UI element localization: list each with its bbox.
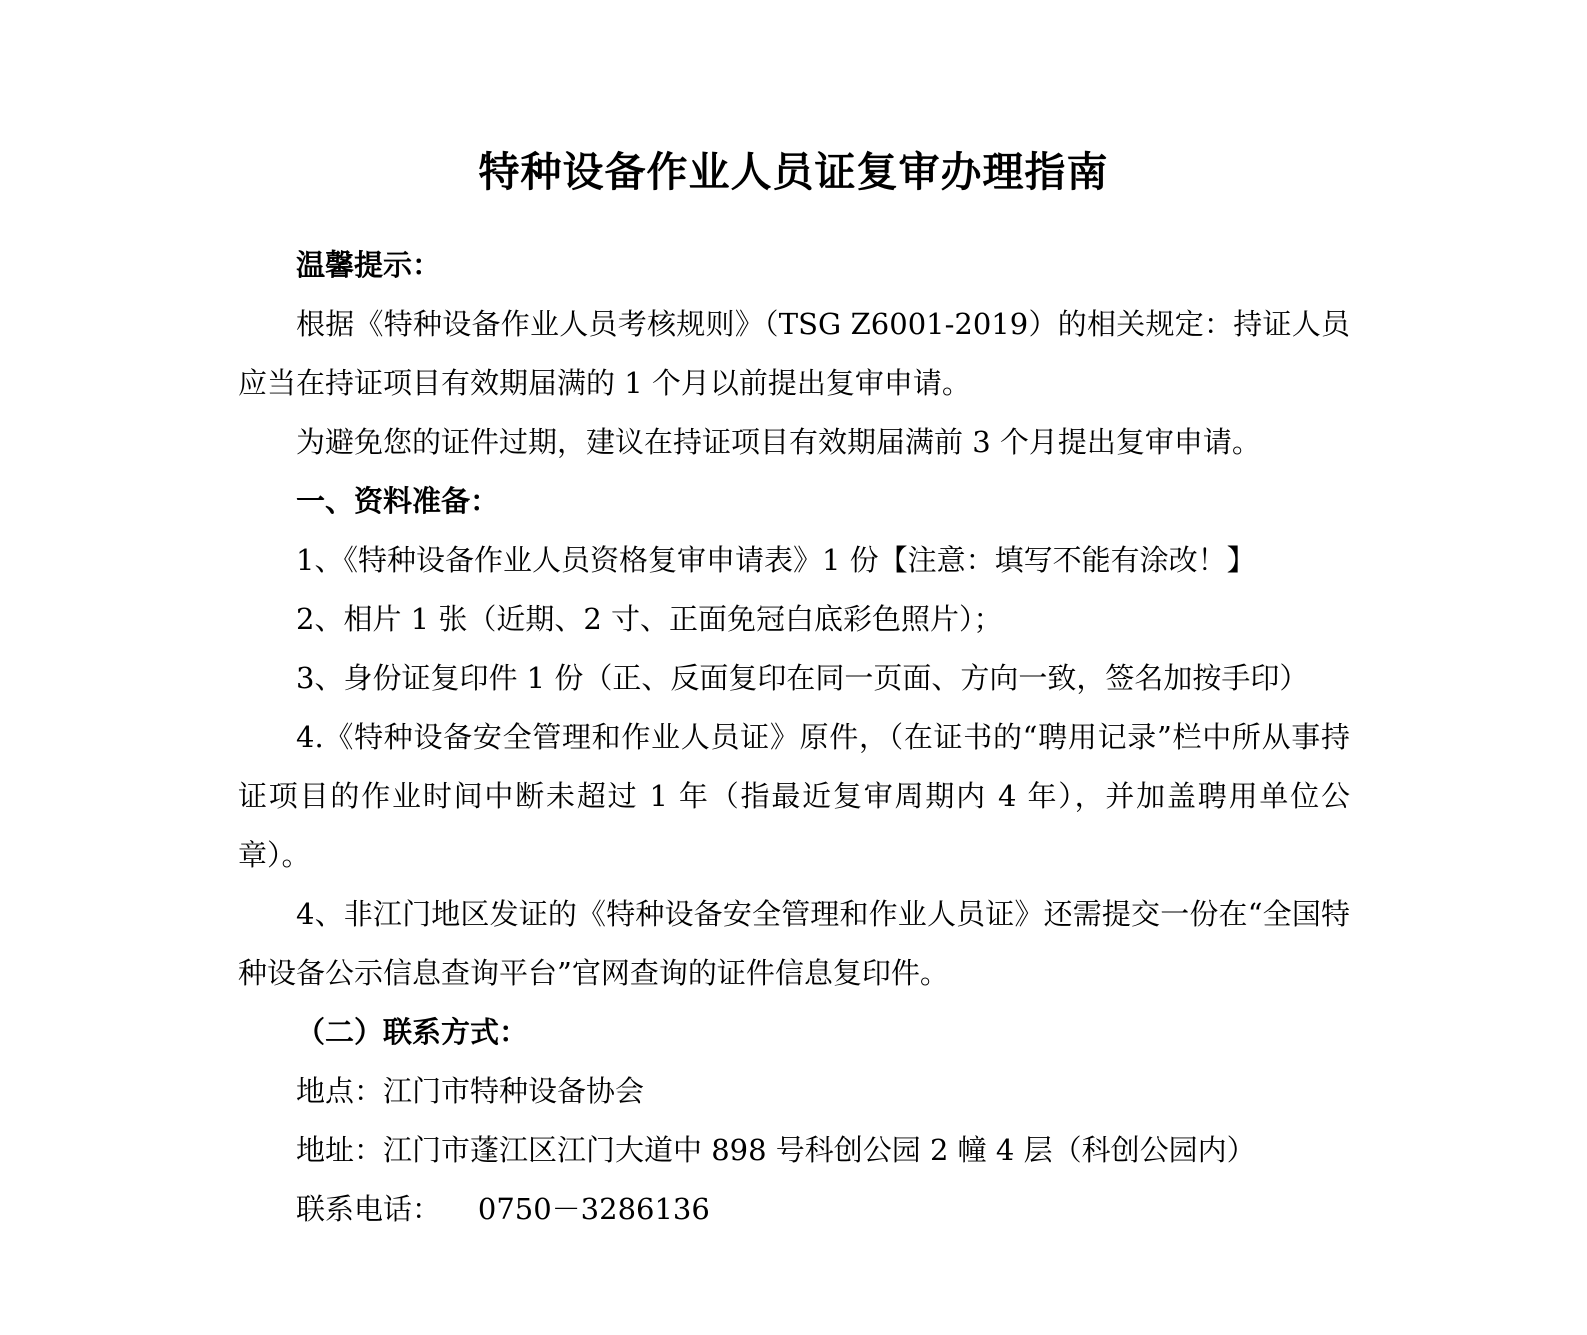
contact-address: 地址：江门市蓬江区江门大道中 898 号科创公园 2 幢 4 层（科创公园内） (238, 1121, 1350, 1180)
document-page: 特种设备作业人员证复审办理指南 温馨提示： 根据《特种设备作业人员考核规则》（T… (0, 0, 1587, 1335)
section-heading-materials: 一、资料准备： (238, 472, 1350, 531)
para-regulation: 根据《特种设备作业人员考核规则》（TSG Z6001-2019）的相关规定：持证… (238, 295, 1350, 413)
item-application-form: 1、《特种设备作业人员资格复审申请表》1 份【注意：填写不能有涂改！】 (238, 531, 1350, 590)
notice-heading: 温馨提示： (238, 236, 1350, 295)
para-suggestion: 为避免您的证件过期，建议在持证项目有效期届满前 3 个月提出复审申请。 (238, 413, 1350, 472)
item-id-copy: 3、身份证复印件 1 份（正、反面复印在同一页面、方向一致，签名加按手印） (238, 649, 1350, 708)
section-heading-contact: （二）联系方式： (238, 1003, 1350, 1062)
page-title: 特种设备作业人员证复审办理指南 (0, 0, 1587, 198)
document-body: 温馨提示： 根据《特种设备作业人员考核规则》（TSG Z6001-2019）的相… (238, 236, 1350, 1239)
contact-phone: 联系电话： 0750－3286136 (238, 1180, 1350, 1239)
item-non-jiangmen-cert: 4、非江门地区发证的《特种设备安全管理和作业人员证》还需提交一份在“全国特种设备… (238, 885, 1350, 1003)
item-photo: 2、相片 1 张（近期、2 寸、正面免冠白底彩色照片）； (238, 590, 1350, 649)
contact-location: 地点：江门市特种设备协会 (238, 1062, 1350, 1121)
item-certificate-original: 4.《特种设备安全管理和作业人员证》原件，（在证书的“聘用记录”栏中所从事持证项… (238, 708, 1350, 885)
